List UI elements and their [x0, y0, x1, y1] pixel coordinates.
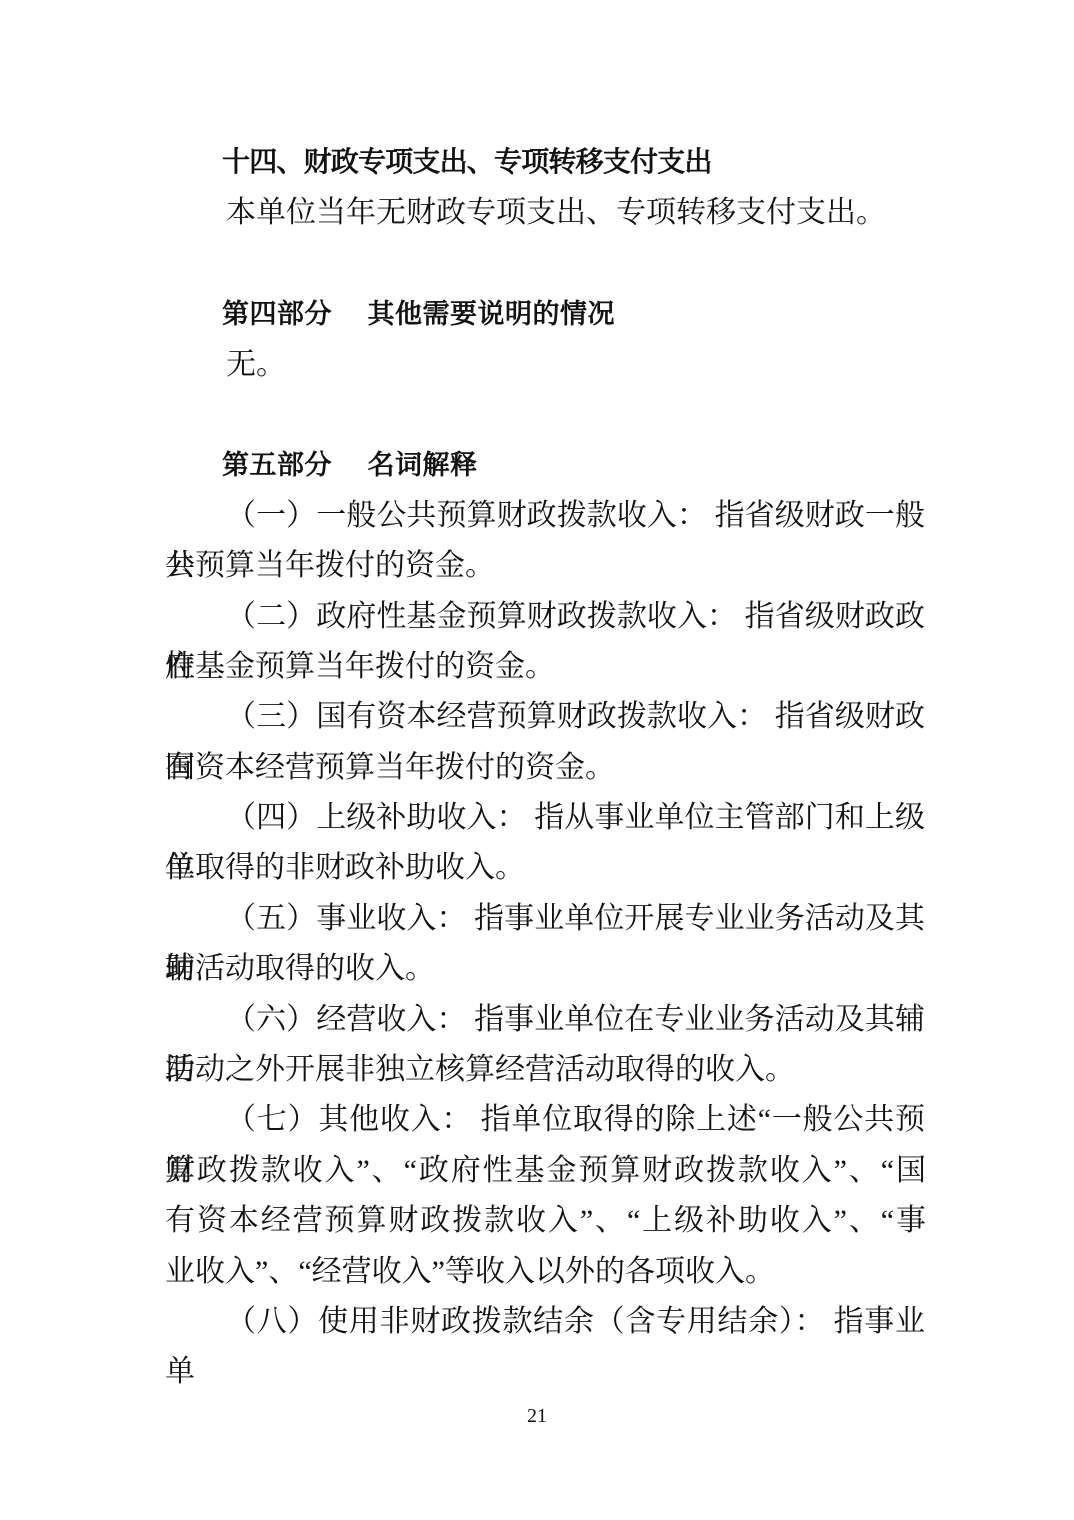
blank-line	[165, 239, 925, 289]
part-5-heading: 第五部分 名词解释	[165, 440, 925, 490]
definition-2-line-1: （二）政府性基金预算财政拨款收入： 指省级财政政府	[165, 592, 925, 642]
definition-7-line-2: 财政拨款收入”、“政府性基金预算财政拨款收入”、“国	[165, 1146, 925, 1196]
definition-5-line-1: （五）事业收入： 指事业单位开展专业业务活动及其辅	[165, 894, 925, 944]
definition-7-line-3: 有资本经营预算财政拨款收入”、“上级补助收入”、“事	[165, 1196, 925, 1246]
definition-3-line-1: （三）国有资本经营预算财政拨款收入： 指省级财政国	[165, 692, 925, 742]
document-page: 十四、财政专项支出、专项转移支付支出 本单位当年无财政专项支出、专项转移支付支出…	[0, 0, 1074, 1520]
definition-1-line-2: 共预算当年拨付的资金。	[165, 541, 925, 591]
part-4-heading: 第四部分 其他需要说明的情况	[165, 289, 925, 339]
definition-6-line-2: 活动之外开展非独立核算经营活动取得的收入。	[165, 1045, 925, 1095]
definition-4-line-2: 位取得的非财政补助收入。	[165, 843, 925, 893]
blank-line	[165, 390, 925, 440]
definition-8-line-1: （八）使用非财政拨款结余（含专用结余）： 指事业单	[165, 1297, 925, 1347]
page-number: 21	[0, 1406, 1074, 1426]
definition-6-line-1: （六）经营收入： 指事业单位在专业业务活动及其辅助	[165, 995, 925, 1045]
section-14-heading: 十四、财政专项支出、专项转移支付支出	[165, 138, 925, 188]
definition-7-line-4: 业收入”、“经营收入”等收入以外的各项收入。	[165, 1247, 925, 1297]
part-4-paragraph: 无。	[165, 340, 925, 390]
document-content: 十四、财政专项支出、专项转移支付支出 本单位当年无财政专项支出、专项转移支付支出…	[165, 138, 925, 1347]
definition-7-line-1: （七）其他收入： 指单位取得的除上述“一般公共预算	[165, 1095, 925, 1145]
definition-4-line-1: （四）上级补助收入： 指从事业单位主管部门和上级单	[165, 793, 925, 843]
definition-3-line-2: 有资本经营预算当年拨付的资金。	[165, 743, 925, 793]
definition-1-line-1: （一）一般公共预算财政拨款收入： 指省级财政一般公	[165, 491, 925, 541]
definition-5-line-2: 助活动取得的收入。	[165, 944, 925, 994]
definition-2-line-2: 性基金预算当年拨付的资金。	[165, 642, 925, 692]
section-14-paragraph: 本单位当年无财政专项支出、专项转移支付支出。	[165, 188, 925, 238]
